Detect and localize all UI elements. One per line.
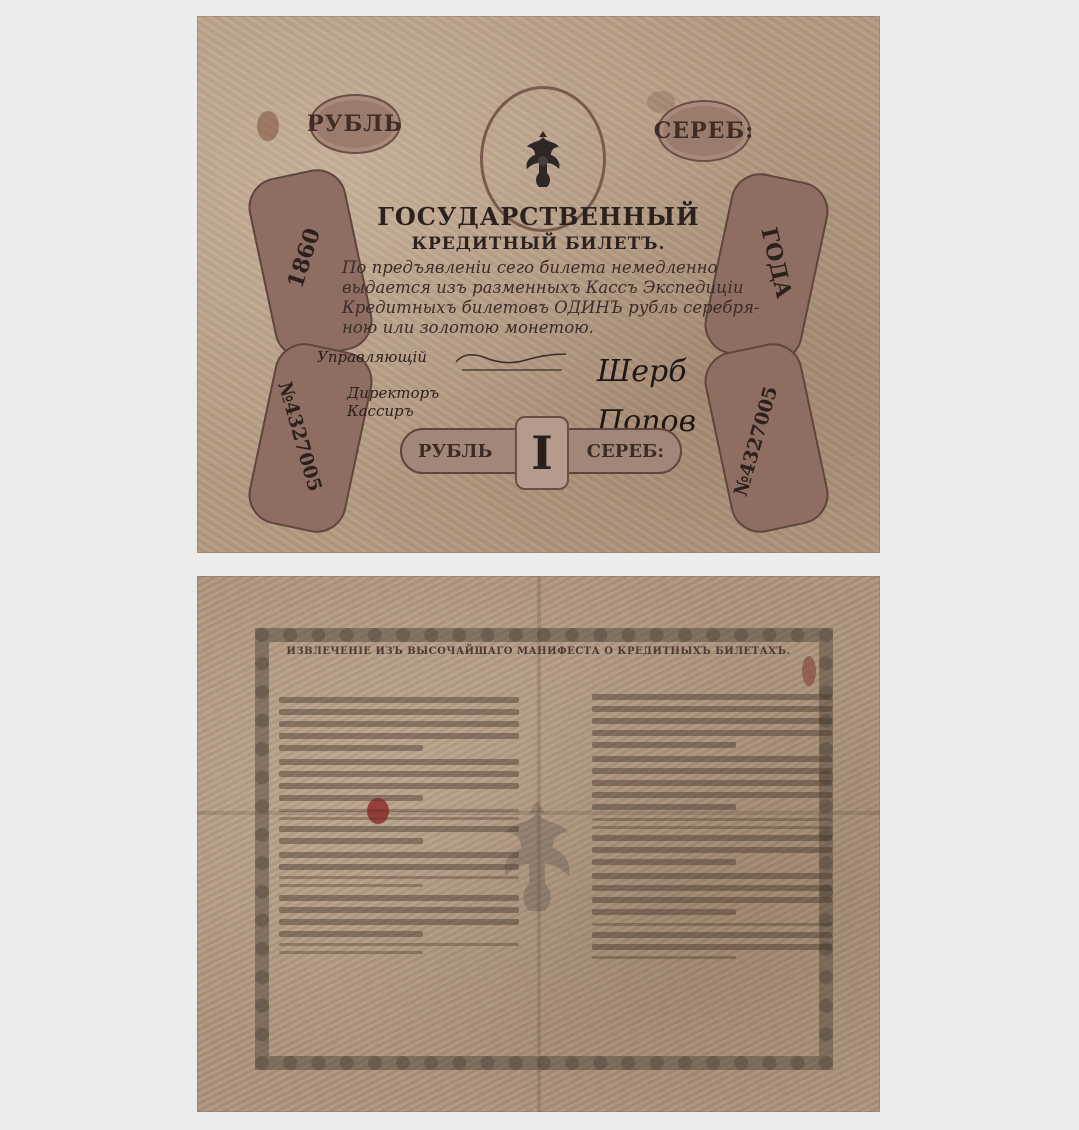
oval-silver: СЕРЕБ: [657,100,751,162]
title-line-2: КРЕДИТНЫЙ БИЛЕТЪ. [197,234,880,254]
paragraph [279,759,519,801]
banner-ruble-text: РУБЛЬ [418,441,492,462]
banknote-back: ИЗВЛЕЧЕНІЕ ИЗЪ ВЫСОЧАЙШАГО МАНИФЕСТА О К… [197,576,880,1112]
oval-ruble-text: РУБЛЬ [307,111,403,137]
ornament-right-bottom: №4327005 [699,338,834,539]
paragraph [279,697,519,751]
serial-right: №4327005 [730,384,782,499]
title-line-1: ГОСУДАРСТВЕННЫЙ [197,202,880,231]
label-cashier: Кассиръ [347,402,414,420]
denomination-numeral: I [515,416,569,490]
signature-director: Шерб [597,354,687,389]
paragraph [592,818,832,865]
label-manager: Управляющій [317,348,427,366]
oval-silver-text: СЕРЕБ: [654,118,755,144]
promise-line: Кредитныхъ билетовъ ОДИНЪ рубль серебря- [342,298,782,318]
serial-left: №4327005 [273,379,325,494]
left-text-column [279,691,519,962]
promise-line: ною или золотою монетою. [342,318,782,338]
right-text-column [592,688,832,967]
oval-ruble: РУБЛЬ [309,94,401,154]
paragraph [592,694,832,748]
banknote-front: РУБЛЬ СЕРЕБ: 1860 ГОДА №4327005 №4327005… [197,16,880,553]
back-heading: ИЗВЛЕЧЕНІЕ ИЗЪ ВЫСОЧАЙШАГО МАНИФЕСТА О К… [277,646,800,657]
stain [257,111,279,141]
paragraph [279,852,519,887]
manager-signature [452,346,572,376]
label-director: Директоръ [347,384,439,402]
paragraph [592,923,832,959]
promise-line: выдается изъ разменныхъ Кассъ Экспедиціи [342,278,782,298]
banner-silver-text: СЕРЕБ: [587,441,664,462]
double-headed-eagle-icon [515,127,571,191]
promise-text: По предъявленіи сего билета немедленно в… [342,258,782,338]
ornament-left-bottom: №4327005 [243,338,378,539]
paragraph [592,756,832,810]
signature-scribble-icon [452,346,572,376]
paragraph [279,809,519,844]
promise-line: По предъявленіи сего билета немедленно [342,258,782,278]
paragraph [592,873,832,915]
paragraph [279,895,519,954]
